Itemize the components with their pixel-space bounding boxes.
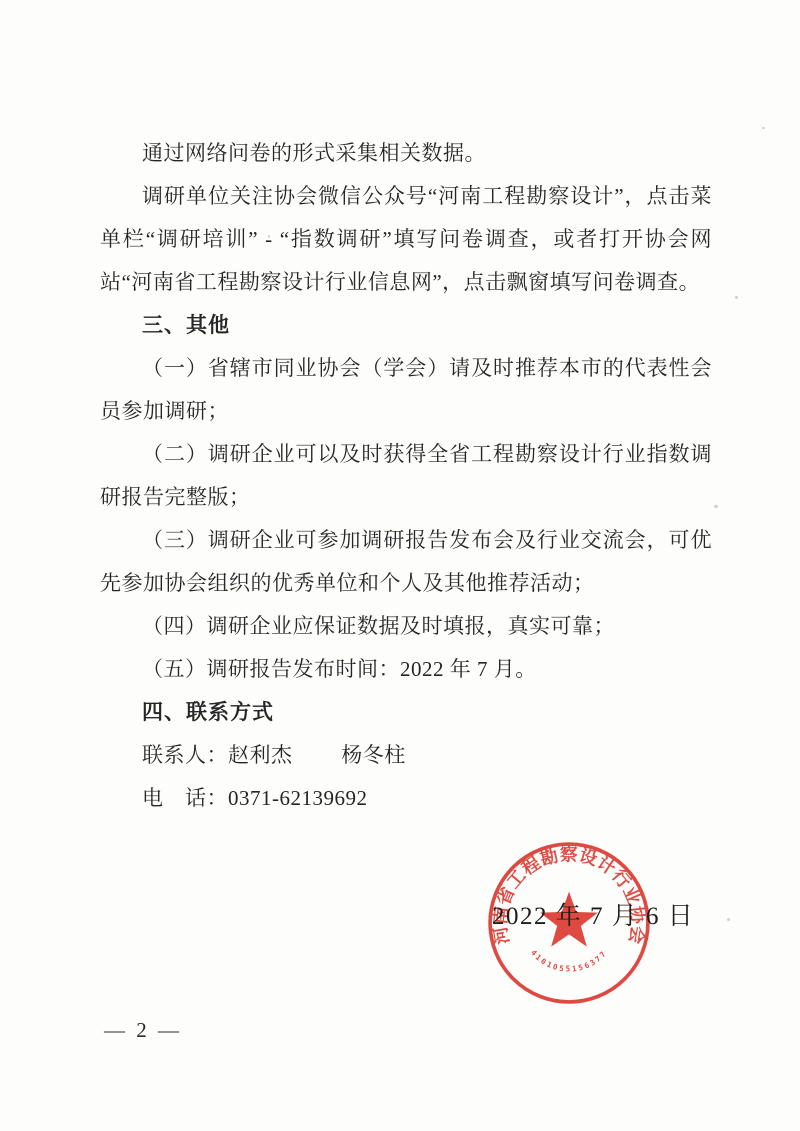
scan-noise-dot [714,505,718,508]
document-body: 通过网络问卷的形式采集相关数据。 调研单位关注协会微信公众号“河南工程勘察设计”… [100,132,712,820]
list-item-4: （四）调研企业应保证数据及时填报，真实可靠； [100,605,712,648]
paragraph-intro: 通过网络问卷的形式采集相关数据。 [100,132,712,175]
contact-person-line: 联系人：赵利杰 杨冬柱 [100,734,712,777]
page-number: — 2 — [104,1018,182,1043]
scan-noise-dot [268,235,270,238]
list-item-1: （一）省辖市同业协会（学会）请及时推荐本市的代表性会员参加调研； [100,347,712,433]
scan-noise-dot [735,296,738,299]
document-page: 通过网络问卷的形式采集相关数据。 调研单位关注协会微信公众号“河南工程勘察设计”… [0,0,800,1131]
list-item-2: （二）调研企业可以及时获得全省工程勘察设计行业指数调研报告完整版； [100,433,712,519]
section-heading-contact: 四、联系方式 [100,691,712,734]
contact-phone-line: 电 话：0371-62139692 [100,777,712,820]
list-item-5: （五）调研报告发布时间：2022 年 7 月。 [100,648,712,691]
scan-noise-dot [727,918,730,921]
section-heading-other: 三、其他 [100,304,712,347]
scan-noise-dot [762,127,765,129]
issue-date: 2022 年 7 月 6 日 [492,896,694,932]
seal-registration-code: 4101055156377 [529,948,609,973]
list-item-3: （三）调研企业可参加调研报告发布会及行业交流会，可优先参加协会组织的优秀单位和个… [100,519,712,605]
paragraph-survey-method: 调研单位关注协会微信公众号“河南工程勘察设计”，点击菜单栏“调研培训” - “指… [100,175,712,304]
